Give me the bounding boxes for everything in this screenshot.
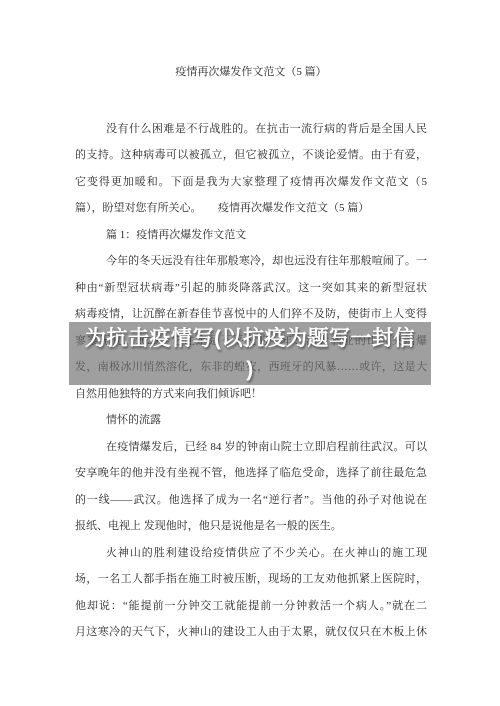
text-line: 今年的冬天远没有往年那般寒冷，却也远没有往年那般喧闹了。一 [75, 248, 427, 275]
text-line: 场，一名工人都手指在施工时被压断，现场的工友劝他抓紧上医院时， [75, 566, 427, 593]
overlay-title-line2: ) [246, 354, 254, 385]
paragraph-intro: 没有什么困难是不行战胜的。在抗击一流行病的背后是全国人民 的支持。这种病毒可以被… [75, 116, 427, 222]
text-line: 报纸、电视上 发现他时，他只是说他是名一般的医生。 [75, 513, 427, 540]
text-line: 的支持。这种病毒可以被孤立，但它被孤立，不谈论爱情。由于有爱， [75, 142, 427, 169]
text-line: 种由“新型冠状病毒”引起的肺炎降落武汉。这一突如其来的新型冠状 [75, 275, 427, 302]
text-line: 它变得更加暖和。下面是我为大家整理了疫情再次爆发作文范文（5 [75, 169, 427, 196]
overlay-title-line1: 为抗击疫情写(以抗疫为题写一封信 [85, 323, 415, 354]
text-line: 月这寒冷的天气下，火神山的建设工人由于太累，就仅仅只在木板上休 [75, 619, 427, 646]
page-title: 疫情再次爆发作文范文（5 篇） [75, 59, 427, 86]
overlay-title-banner: 为抗击疫情写(以抗疫为题写一封信 ) [69, 322, 431, 385]
text-line: 篇），盼望对您有所关心。 疫情再次爆发作文范文（5 篇） [75, 195, 427, 222]
document-page: 疫情再次爆发作文范文（5 篇） 没有什么困难是不行战胜的。在抗击一流行病的背后是… [0, 0, 500, 706]
text-line: 安享晚年的他并没有坐视不管，他选择了临危受命，选择了前往最危急 [75, 460, 427, 487]
text-line: 没有什么困难是不行战胜的。在抗击一流行病的背后是全国人民 [75, 116, 427, 143]
paragraph-huoshenshan: 火神山的胜利建设给疫情供应了不少关心。在火神山的施工现 场，一名工人都手指在施工… [75, 540, 427, 646]
text-line: 的一线——武汉。他选择了成为一名“逆行者”。当他的孙子对他说在 [75, 487, 427, 514]
text-line: 在疫情爆发后，已经 84 岁的钟南山院士立即启程前往武汉。可以 [75, 434, 427, 461]
section-heading-part1: 篇 1：疫情再次爆发作文范文 [75, 222, 427, 249]
paragraph-zhongnanshan: 在疫情爆发后，已经 84 岁的钟南山院士立即启程前往武汉。可以 安享晚年的他并没… [75, 434, 427, 540]
text-line: 火神山的胜利建设给疫情供应了不少关心。在火神山的施工现 [75, 540, 427, 567]
text-line: 他却说：“能提前一分钟交工就能提前一分钟救活一个病人。”就在二 [75, 593, 427, 620]
section-heading-qinghuai: 情怀的流露 [75, 407, 427, 434]
